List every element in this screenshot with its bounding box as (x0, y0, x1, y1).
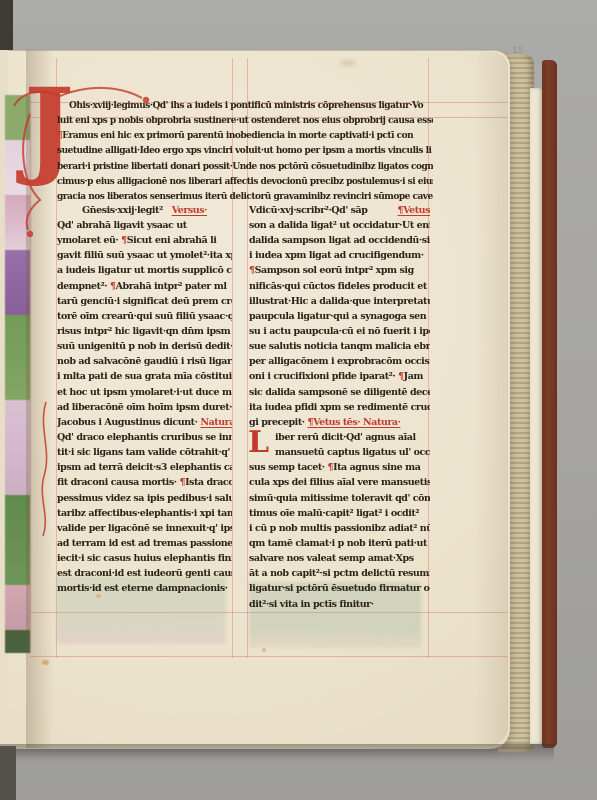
text-line: mansuetū captus ligatus ul' occi (249, 445, 430, 460)
text-line: ligatur·si pctōrū ēsuetudo firmatur oc̄i (249, 581, 430, 596)
text-line: ad terram id est ad tremas passiones de (57, 536, 232, 551)
text-line: paupcula ligatur·qui a synagoga sen (249, 309, 430, 324)
intro-paragraph: Ohis·xviij·legimus·Qd' ihs a iudeis i po… (57, 99, 433, 205)
column-right: son a dalida ligat² ut occidatur·Ut enid… (249, 218, 430, 612)
text-line: illustrat·Hic a dalida·que interpretatur (249, 294, 430, 309)
text-line: risus intpr² hic ligavit·qn dn̄m ipsm (57, 324, 232, 339)
text-line: simū·quia mitissime toleravit qd' cōmit (249, 491, 430, 506)
text-line: a iudeis ligatur ut mortis supplicō con (57, 263, 232, 278)
text-line: iber rerū dicit·Qd' agnus aīal (249, 430, 430, 445)
text-line: Qd' draco elephantis cruribus se inner (57, 430, 232, 445)
text-line: ¶Eramus eni hic ex primorū parentū inobe… (57, 129, 433, 144)
text-line: suū unigenitū p nob in derisū dedit·sed (57, 339, 232, 354)
text-line: berari·i pristine libertati donari possi… (57, 160, 433, 175)
text-line: suetudine alligati·Ideo ergo xps vinciri… (57, 144, 433, 159)
text-line: i cū p nob multis passionibz adiat² nū (249, 521, 430, 536)
text-line: salvare nos valeat semp amat·Xps (249, 551, 430, 566)
heading-source-right: Vdicū·xvj·scribr²·Qd' sāp (249, 203, 367, 218)
text-line: dit²·si vita in pctīs finitur· (249, 597, 430, 612)
text-line: dalida sampson ligat ad occidendū·sic (249, 233, 430, 248)
text-line: i iudea xpm ligat ad crucifigendum· (249, 248, 430, 263)
text-line: ¶Sampson sol eorū intpr² xpm sig (249, 263, 430, 278)
stain (262, 648, 266, 652)
book-cover (542, 60, 557, 748)
stain (340, 60, 356, 66)
text-line: āt a nob capit²·si pctm delictū resumitu… (249, 566, 430, 581)
heading-left: Gn̄esis·xxij·legit² Versus· (57, 203, 232, 218)
text-line: gavit filiū suū ysaac ut ymolet²·ita xpc (57, 248, 232, 263)
stain (42, 660, 49, 665)
text-line: taribz affectibus·elephantis·i xpi tam (57, 506, 232, 521)
book-shadow (0, 744, 554, 762)
text-line: sic dalida sampsonē se diligentē decepit… (249, 385, 430, 400)
marginal-flourish-icon (36, 398, 56, 540)
text-line: son a dalida ligat² ut occidatur·Ut eni (249, 218, 430, 233)
text-line: sue salutis noticia tanqm malicia ebria (249, 339, 430, 354)
text-line: qm tamē clamat·i p nob iterū pati·ut (249, 536, 430, 551)
text-line: est draconi·id est iudeorū genti causa (57, 566, 232, 581)
background-book-edge-bottom (0, 746, 16, 800)
text-line: torē oīm crearū·qui suū filiū ysaac·qui (57, 309, 232, 324)
drop-cap: L (248, 428, 269, 458)
text-line: nob ad salvacōnē gaudiū i risū ligari (57, 354, 232, 369)
text-line: ymolaret eū· ¶Sicut eni abrahā li (57, 233, 232, 248)
text-line: fit draconi causa mortis· ¶Ista draco (57, 475, 232, 490)
text-line: Jacobus i Augustinus dicunt· Natura (57, 415, 232, 430)
column-left: Qd' abrahā ligavit ysaac utymolaret eū· … (57, 218, 232, 597)
text-line: dempnet²· ¶Abrahā intpr² pater ml (57, 279, 232, 294)
ruling-line-horizontal (30, 656, 508, 657)
text-line: sus semp tacet· ¶Ita agnus sine ma (249, 460, 430, 475)
text-line: valide per ligacōnē se innexuit·q' ipsm (57, 521, 232, 536)
text-line: mortis·id est eterne dampnacionis· (57, 581, 232, 596)
text-line: cula xps dei filius aīal vere mansuetis (249, 475, 430, 490)
text-line: pessimus videz sa ipis pedibus·i salu (57, 491, 232, 506)
text-line: timus oīe malū·capit² ligat² i ocdit² (249, 506, 430, 521)
rubric-label-right: ¶Vetus (397, 203, 430, 218)
text-line: ita iudea pfidi xpm se redimentē cruci (249, 400, 430, 415)
text-line: Ohis·xviij·legimus·Qd' ihs a iudeis i po… (57, 99, 433, 114)
text-line: luit eni xps p nobis obprobria sustinere… (57, 114, 433, 129)
folio-number: 15 (512, 46, 523, 56)
text-line: i mlta pati de sua grata mīa cōstituit· (57, 369, 232, 384)
text-line: Qd' abrahā ligavit ysaac ut (57, 218, 232, 233)
text-line: oni i crucifixioni pfide iparat²· ¶Jam (249, 369, 430, 384)
text-line: gi precepit· ¶Vetus tēs· Natura· (249, 415, 430, 430)
text-line: nificās·qui cūctos fideles producit et (249, 279, 430, 294)
text-line: su i actu paupcula·cū ei nō fuerit i ipō (249, 324, 430, 339)
heading-right: Vdicū·xvj·scribr²·Qd' sāp ¶Vetus (249, 203, 430, 218)
rubric-label-left: Versus· (172, 203, 207, 218)
text-line: tarū genciū·i significat deū prem crea (57, 294, 232, 309)
heading-source-left: Gn̄esis·xxij·legit² (82, 203, 163, 218)
text-line: cimus·p eius alligacionē nos liberari af… (57, 175, 433, 190)
text-line: tit·i sic ligans tam valide cōtrahit·q' (57, 445, 232, 460)
text-line: iecit·i sic casus huius elephantis finis (57, 551, 232, 566)
text-line: ad liberacōnē oīm hoīm ipsm duret· (57, 400, 232, 415)
text-line: ipsm ad terrā deicit·s3 elephantis casus (57, 460, 232, 475)
page-curve-shade (474, 52, 508, 746)
text-line: et hoc ut ipsm ymolaret·i·ut duce morti (57, 385, 232, 400)
text-line: per alligacōnem i exprobracōm occisi (249, 354, 430, 369)
text-block-edge (530, 88, 542, 744)
